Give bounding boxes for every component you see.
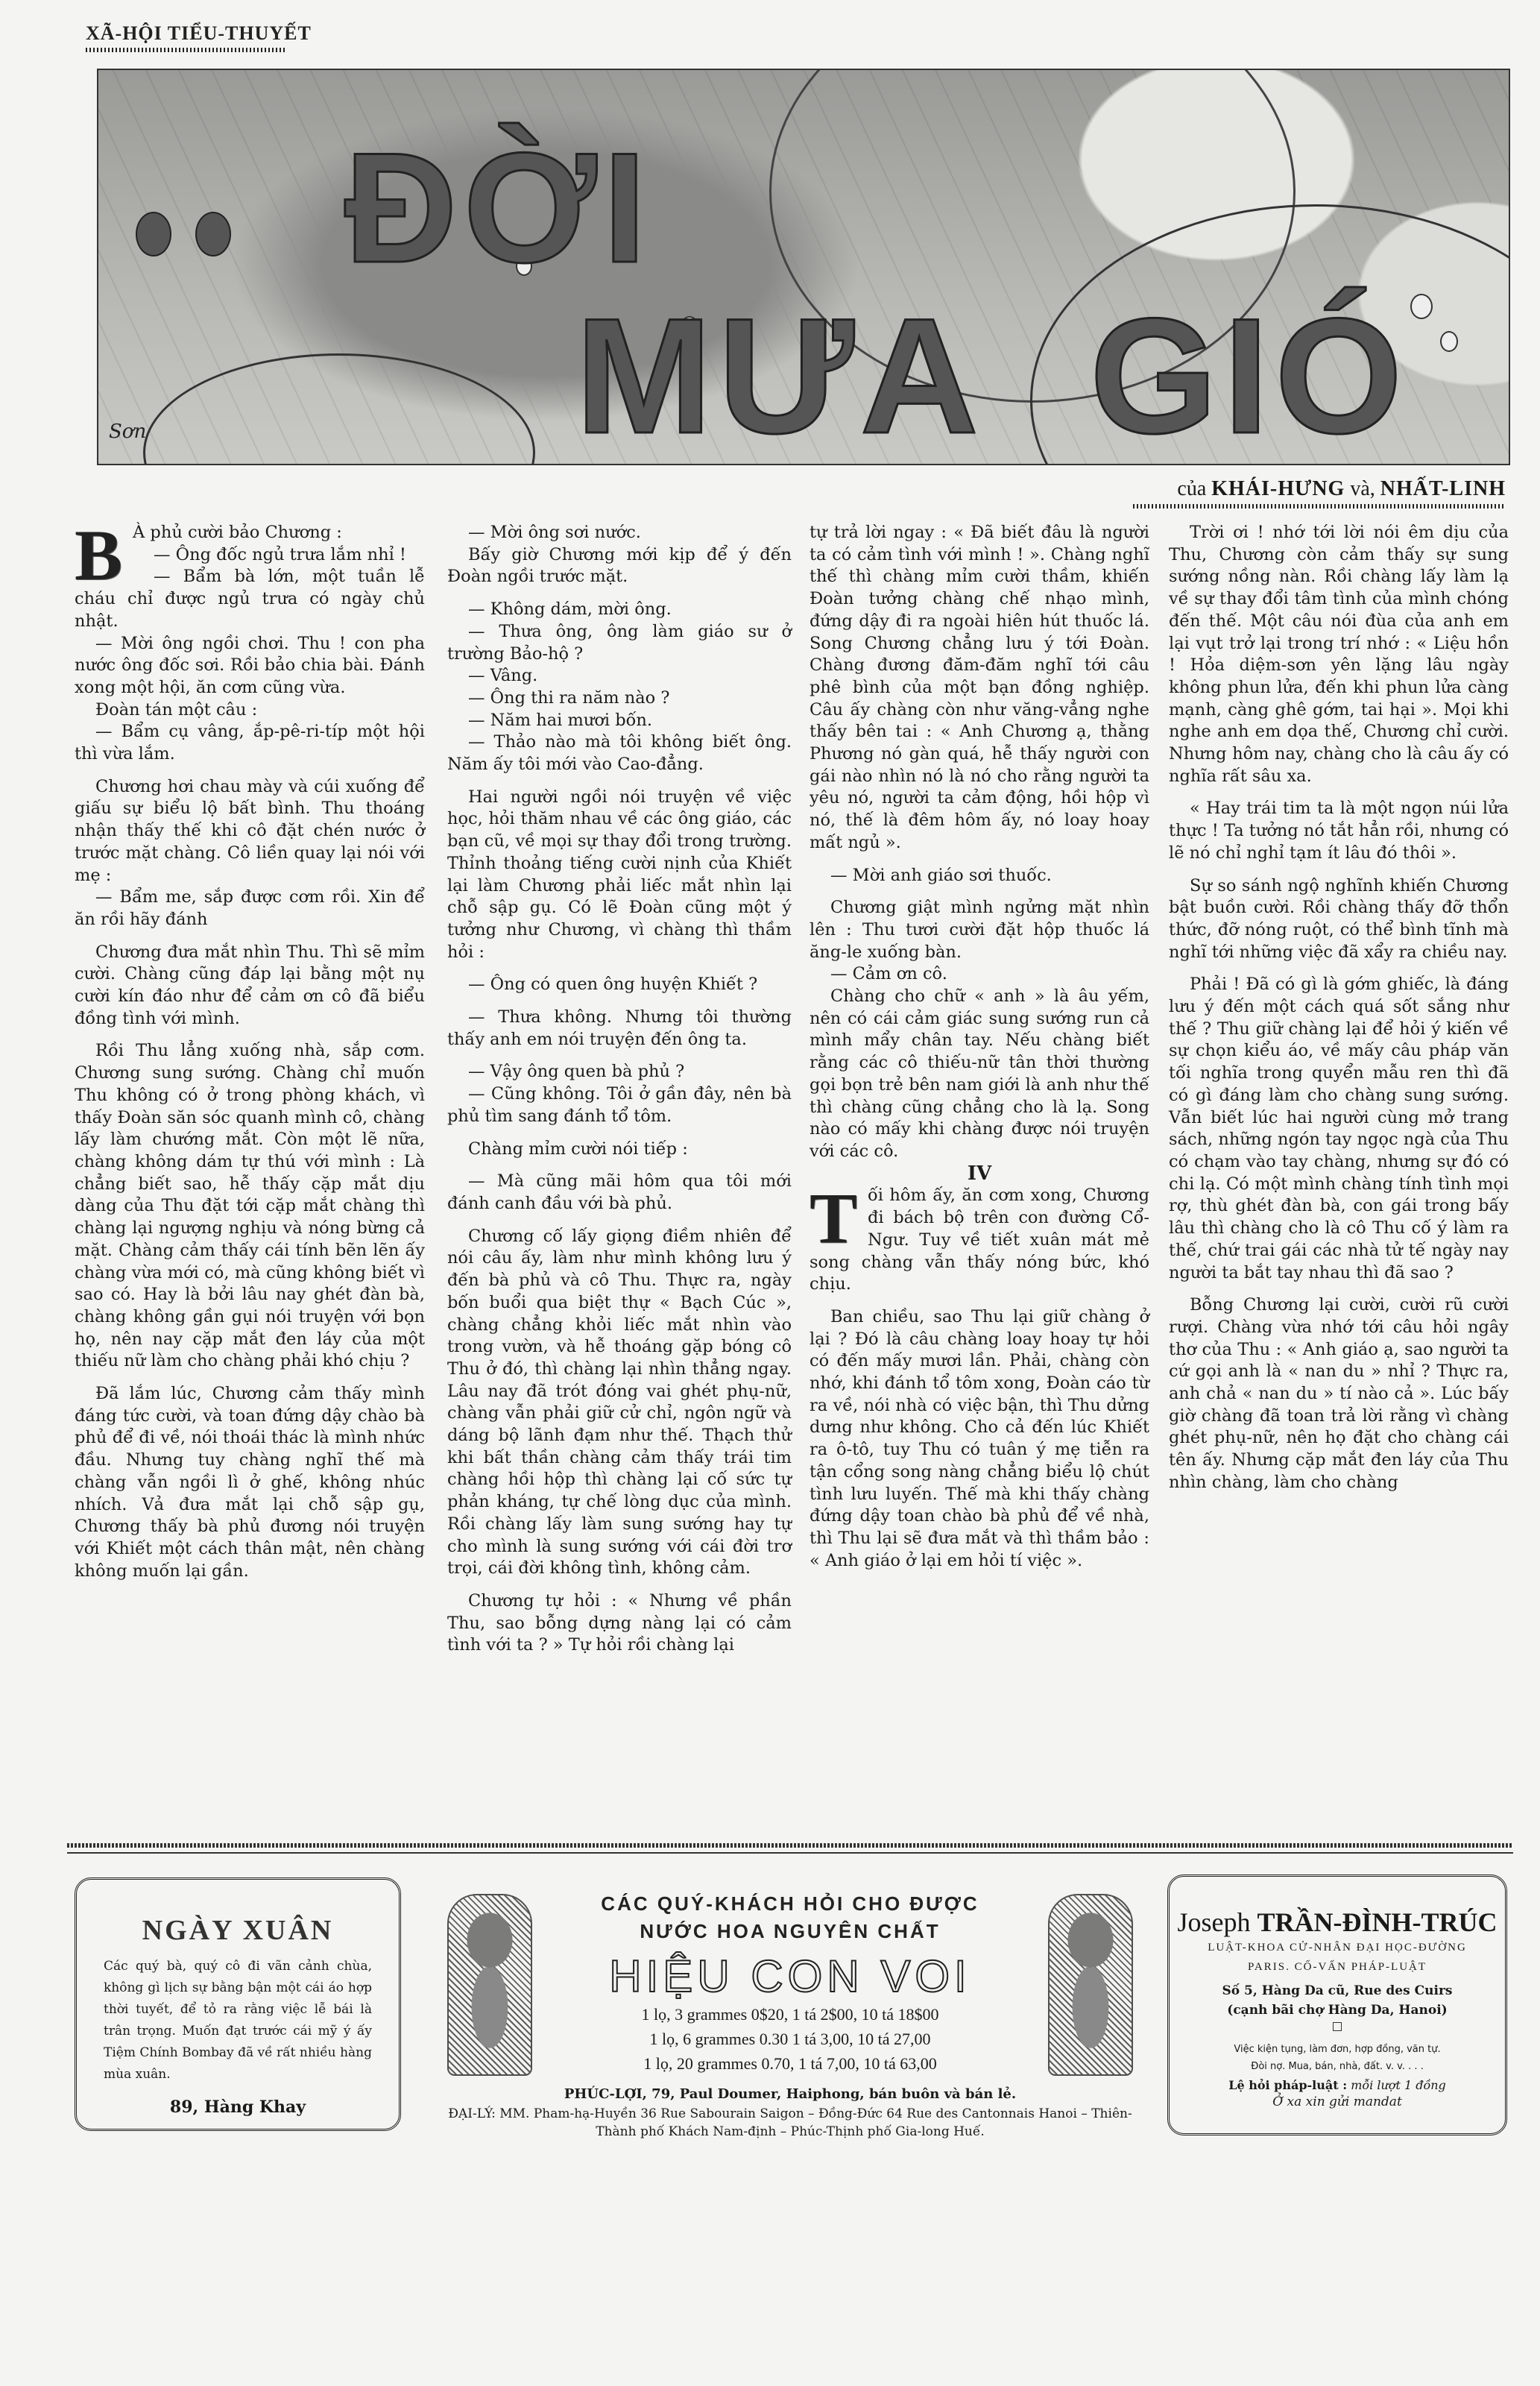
- paragraph: Chương cố lấy giọng điềm nhiên để nói câ…: [447, 1226, 792, 1580]
- article-column-2: — Mời ông sơi nước. Bấy giờ Chương mới k…: [447, 522, 792, 1657]
- lawyer-services-2: Đòi nợ. Mua, bán, nhà, đất. v. v. . . .: [1177, 2058, 1498, 2075]
- paragraph: Ban chiều, sao Thu lại giữ chàng ở lại ?…: [810, 1306, 1149, 1572]
- fee-label: Lệ hỏi pháp-luật :: [1228, 2078, 1347, 2092]
- lawyer-last-name: TRẦN-ĐÌNH-TRÚC: [1257, 1907, 1498, 1937]
- paragraph: — Thưa ông, ông làm giáo sư ở trường Bảo…: [447, 621, 792, 665]
- paragraph: — Thảo nào mà tôi không biết ông. Năm ấy…: [447, 731, 792, 775]
- paragraph: Chàng cho chữ « anh » là âu yếm, nên có …: [810, 986, 1149, 1163]
- paragraph: — Thưa không. Nhưng tôi thường thấy anh …: [447, 1007, 792, 1051]
- ad-ngay-xuan: NGÀY XUÂN Các quý bà, quý cô đi vãn cảnh…: [75, 1877, 401, 2131]
- paragraph: « Hay trái tim ta là một ngọn núi lửa th…: [1169, 798, 1509, 864]
- ad-section-divider: [67, 1843, 1513, 1848]
- byline-prefix: của: [1177, 477, 1206, 500]
- paragraph: Sự so sánh ngộ nghĩnh khiến Chương bật b…: [1169, 875, 1509, 964]
- ad-agents: ĐẠI-LÝ: MM. Pham-hạ-Huyền 36 Rue Saboura…: [440, 2105, 1140, 2141]
- lawyer-title-2: PARIS. CỐ-VẤN PHÁP-LUẬT: [1177, 1957, 1498, 1977]
- elephant-illustration-icon: [1048, 1894, 1133, 2076]
- lawyer-title-1: LUẬT-KHOA CỬ-NHÂN ĐẠI HỌC-ĐƯỜNG: [1177, 1938, 1498, 1957]
- paragraph: Chàng mỉm cười nói tiếp :: [447, 1139, 792, 1161]
- author-nhat-linh: NHẤT-LINH: [1380, 477, 1506, 500]
- paragraph: — Mời ông sơi nước.: [447, 522, 792, 544]
- paragraph: Phải ! Đã có gì là gớm ghiếc, là đáng lư…: [1169, 974, 1509, 1284]
- paragraph: ối hôm ấy, ăn cơm xong, Chương đi bách b…: [810, 1185, 1149, 1296]
- author-khai-hung: KHÁI-HƯNG: [1211, 477, 1345, 500]
- lawyer-first-name: Joseph: [1178, 1907, 1251, 1937]
- dropcap-t: T: [810, 1189, 857, 1247]
- paragraph: Bấy giờ Chương mới kịp để ý đến Đoàn ngồ…: [447, 544, 792, 588]
- section-rule: [86, 48, 287, 52]
- paragraph: Hai người ngồi nói truyện về việc học, h…: [447, 787, 792, 964]
- paragraph: — Bẩm me, sắp được cơm rồi. Xin để ăn rồ…: [75, 887, 425, 931]
- paragraph: tự trả lời ngay : « Đã biết đâu là người…: [810, 522, 1149, 854]
- paragraph: Chương hơi chau mày và cúi xuống để giấu…: [75, 776, 425, 887]
- lawyer-services-1: Việc kiện tụng, làm đơn, hợp đồng, văn t…: [1177, 2041, 1498, 2058]
- paragraph: — Ông đốc ngủ trưa lắm nhỉ !: [75, 544, 425, 567]
- dropcap-b: B: [75, 526, 122, 585]
- paragraph: Đoàn tán một câu :: [75, 699, 425, 722]
- lawyer-name: Joseph TRẦN-ĐÌNH-TRÚC: [1177, 1907, 1498, 1938]
- paragraph: — Ông có quen ông huyện Khiết ?: [447, 974, 792, 996]
- article-column-1: B À phủ cười bảo Chương : — Ông đốc ngủ …: [75, 522, 425, 1582]
- bubble: [1440, 331, 1458, 352]
- ad-seller: PHÚC-LỢI, 79, Paul Doumer, Haiphong, bán…: [440, 2086, 1140, 2102]
- ellipsis-dot: [195, 212, 231, 256]
- paragraph: — Bẩm cụ vâng, ắp-pê-ri-típ một hội thì …: [75, 721, 425, 765]
- byline: của KHÁI-HƯNG và, NHẤT-LINH: [1177, 477, 1506, 501]
- chapter-heading: IV: [810, 1163, 1149, 1186]
- elephant-illustration-icon: [447, 1894, 532, 2076]
- ad-body: Các quý bà, quý cô đi vãn cảnh chùa, khô…: [84, 1956, 391, 2086]
- paragraph: — Mà cũng mãi hôm qua tôi mới đánh canh …: [447, 1171, 792, 1215]
- article-column-4: Trời ơi ! nhớ tới lời nói êm dịu của Thu…: [1169, 522, 1509, 1494]
- paragraph: À phủ cười bảo Chương :: [75, 522, 425, 544]
- paragraph: Bỗng Chương lại cười, cười rũ cười rượi.…: [1169, 1294, 1509, 1493]
- ad-lawyer: Joseph TRẦN-ĐÌNH-TRÚC LUẬT-KHOA CỬ-NHÂN …: [1167, 1875, 1507, 2135]
- byline-conj: và,: [1350, 477, 1375, 500]
- article-column-3: tự trả lời ngay : « Đã biết đâu là người…: [810, 522, 1149, 1572]
- paragraph: — Vâng.: [447, 665, 792, 687]
- paragraph: Chương tự hỏi : « Nhưng về phần Thu, sao…: [447, 1590, 792, 1657]
- paragraph: — Mời anh giáo sơi thuốc.: [810, 865, 1149, 887]
- paragraph: — Cũng không. Tôi ở gần đây, nên bà phủ …: [447, 1083, 792, 1127]
- wave-shape: [143, 353, 535, 465]
- paragraph: Đã lắm lúc, Chương cảm thấy mình đáng tứ…: [75, 1383, 425, 1582]
- section-label: XÃ-HỘI TIỂU-THUYẾT: [86, 22, 312, 45]
- title-word-mua: MƯA: [575, 294, 985, 458]
- price-line: 1 lọ, 6 grammes 0.30 1 tá 3,00, 10 tá 27…: [440, 2027, 1140, 2051]
- paragraph: — Vậy ông quen bà phủ ?: [447, 1061, 792, 1083]
- ad-address: 89, Hàng Khay: [84, 2097, 391, 2117]
- ad-headline-2: NƯỚC HOA NGUYÊN CHẤT: [440, 1920, 1140, 1943]
- title-word-gio: GIÓ: [1090, 294, 1408, 458]
- lawyer-note: Ở xa xin gửi mandat: [1177, 2094, 1498, 2109]
- paragraph: Chương đưa mắt nhìn Thu. Thì sẽ mỉm cười…: [75, 942, 425, 1030]
- paragraph: — Cảm ơn cô.: [810, 963, 1149, 986]
- paragraph: — Ông thi ra năm nào ?: [447, 687, 792, 710]
- paragraph: — Năm hai mươi bốn.: [447, 710, 792, 732]
- ad-brand: HIỆU CON VOI: [440, 1951, 1140, 2002]
- fee-value: mỗi lượt 1 đồng: [1351, 2078, 1446, 2092]
- lawyer-address-1: Số 5, Hàng Da cũ, Rue des Cuirs: [1177, 1981, 1498, 2001]
- price-line: 1 lọ, 3 grammes 0$20, 1 tá 2$00, 10 tá 1…: [440, 2002, 1140, 2027]
- title-word-doi: ĐỜI: [344, 130, 652, 286]
- byline-rule: [1133, 504, 1506, 509]
- price-line: 1 lọ, 20 grammes 0.70, 1 tá 7,00, 10 tá …: [440, 2051, 1140, 2076]
- illustrator-signature: Sơn: [109, 421, 146, 443]
- lawyer-fee: Lệ hỏi pháp-luật : mỗi lượt 1 đồng: [1177, 2077, 1498, 2094]
- paragraph: — Không dám, mời ông.: [447, 599, 792, 621]
- title-banner-illustration: ĐỜI MƯA GIÓ Sơn: [97, 69, 1510, 465]
- ellipsis-dot: [136, 212, 171, 256]
- lawyer-address-2: (cạnh bãi chợ Hàng Da, Hanoi): [1177, 2001, 1498, 2020]
- paragraph: Trời ơi ! nhớ tới lời nói êm dịu của Thu…: [1169, 522, 1509, 787]
- ornament-icon: [1177, 2020, 1498, 2036]
- ad-section-divider-line: [67, 1852, 1513, 1854]
- bubble: [1410, 294, 1433, 319]
- ad-headline-1: CÁC QUÝ-KHÁCH HỎI CHO ĐƯỢC: [440, 1892, 1140, 1916]
- paragraph: Rồi Thu lẳng xuống nhà, sắp cơm. Chương …: [75, 1040, 425, 1373]
- ad-hieu-con-voi: CÁC QUÝ-KHÁCH HỎI CHO ĐƯỢC NƯỚC HOA NGUY…: [440, 1872, 1140, 2147]
- ad-title: NGÀY XUÂN: [84, 1914, 391, 1947]
- paragraph: Chương giật mình ngửng mặt nhìn lên : Th…: [810, 897, 1149, 963]
- paragraph: — Mời ông ngồi chơi. Thu ! con pha nước …: [75, 633, 425, 699]
- paragraph: — Bẩm bà lớn, một tuần lễ cháu chỉ được …: [75, 566, 425, 632]
